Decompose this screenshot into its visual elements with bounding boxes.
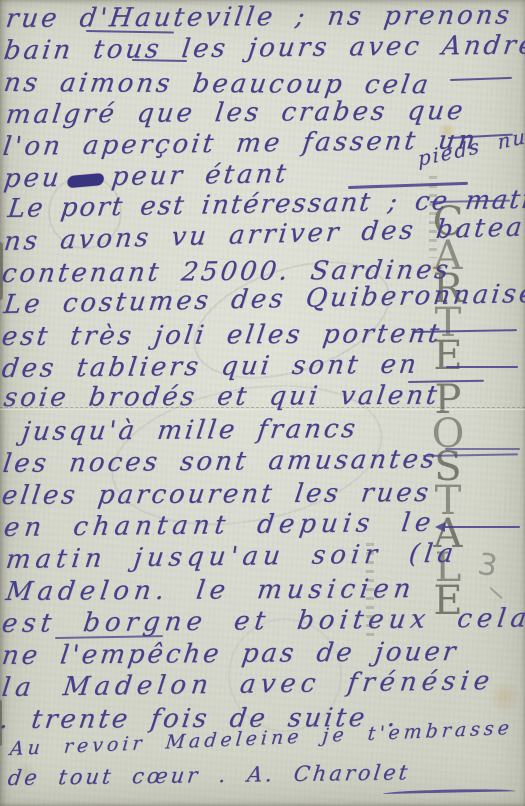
handwriting-line-21: ne l'empêche pas de jouer xyxy=(0,637,460,671)
handwriting-line-3: ns aimons beaucoup cela xyxy=(2,68,433,100)
handwriting-line-16: elles parcourent les rues xyxy=(0,478,433,511)
pen-flourish-arrow xyxy=(440,526,520,528)
signature-flourish xyxy=(383,788,515,794)
handwriting-line-1: rue d'Hauteville ; ns prenons un xyxy=(4,0,525,34)
pen-flourish xyxy=(446,366,518,368)
handwriting-line-6: peupeur étant xyxy=(2,159,290,194)
edge-wear xyxy=(0,242,3,300)
handwriting-line-14: jusqu'à mille francs xyxy=(20,414,360,447)
edge-wear xyxy=(0,700,2,746)
pen-flourish xyxy=(445,448,520,450)
scribbled-out-word xyxy=(67,173,104,188)
handwriting-line-11: est très joli elles portent xyxy=(0,319,444,352)
handwriting-line-4: malgré que les crabes que xyxy=(4,96,467,130)
handwriting-word: peu xyxy=(2,163,63,194)
postcard-scan: CARTE POSTALE rue d'Hauteville ; ns pren… xyxy=(0,0,525,806)
pencil-tick xyxy=(489,587,502,599)
handwriting-line-13: soie brodés et qui valent xyxy=(2,381,442,413)
pen-flourish xyxy=(450,77,512,81)
handwriting-line-25: de tout cœur . A. Charolet xyxy=(6,760,411,790)
handwriting-line-12: des tabliers qui sont en xyxy=(0,350,421,384)
handwriting-word: peur étant xyxy=(110,159,291,192)
handwriting-line-19: Madelon. le musicien xyxy=(4,574,417,607)
postale-watermark: POSTALE xyxy=(426,384,470,619)
handwriting-line-2: bain tous les jours avec André xyxy=(2,30,525,66)
handwriting-line-20: est borgne et boiteux cela xyxy=(0,603,525,639)
pen-flourish xyxy=(408,380,484,383)
handwriting-line-5: l'on aperçoit me fassent un xyxy=(1,125,480,162)
handwriting-line-22: la Madelon avec frénésie xyxy=(0,666,496,703)
handwriting-line-18: matin jusqu'au soir (la xyxy=(4,539,460,575)
pen-flourish xyxy=(423,453,518,457)
pen-flourish xyxy=(412,329,517,333)
handwriting-line-15: les noces sont amusantes xyxy=(1,444,439,479)
pencil-mark: 3 xyxy=(475,547,500,585)
handwriting-line-17: en chantant depuis le xyxy=(2,508,437,543)
